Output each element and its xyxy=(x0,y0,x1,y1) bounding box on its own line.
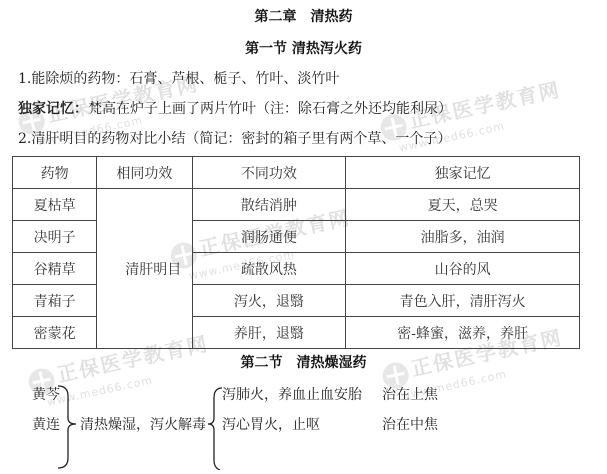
cell-memory: 密-蜂蜜，滋养，养肝 xyxy=(346,317,580,349)
cell-drug: 决明子 xyxy=(13,221,97,253)
header-memory: 独家记忆 xyxy=(346,157,580,189)
cell-drug: 青葙子 xyxy=(13,285,97,317)
cell-memory: 山谷的风 xyxy=(346,253,580,285)
branch-location: 治在上焦 xyxy=(382,384,438,404)
cell-memory: 油脂多，油润 xyxy=(346,221,580,253)
table-header-row: 药物 相同功效 不同功效 独家记忆 xyxy=(13,157,580,189)
memory-text: 梵高在炉子上画了两片竹叶（注：除石膏之外还均能利尿） xyxy=(88,101,452,117)
cell-drug: 谷精草 xyxy=(13,253,97,285)
list-item: 2.清肝明目的药物对比小结（简记：密封的箱子里有两个草、一个子） xyxy=(18,128,451,148)
comparison-table: 药物 相同功效 不同功效 独家记忆 夏枯草 清肝明目 散结消肿 夏天，总哭 决明… xyxy=(12,156,580,349)
header-common-effect: 相同功效 xyxy=(97,157,192,189)
cell-memory: 青色入肝，清肝泻火 xyxy=(346,285,580,317)
table-row: 夏枯草 清肝明目 散结消肿 夏天，总哭 xyxy=(13,189,580,221)
cell-effect: 泻火，退翳 xyxy=(192,285,346,317)
cell-effect: 疏散风热 xyxy=(192,253,346,285)
branch-effect: 泻心胃火，止呕 xyxy=(222,414,320,434)
cell-effect: 散结消肿 xyxy=(192,189,346,221)
cell-drug: 夏枯草 xyxy=(13,189,97,221)
memory-label: 独家记忆： xyxy=(18,101,88,117)
branch-location: 治在中焦 xyxy=(382,414,438,434)
cell-effect: 养肝，退翳 xyxy=(192,317,346,349)
header-drug: 药物 xyxy=(13,157,97,189)
branch-effect: 泻肺火，养血止血安胎 xyxy=(222,384,362,404)
cell-drug: 密蒙花 xyxy=(13,317,97,349)
cell-memory: 夏天，总哭 xyxy=(346,189,580,221)
header-different-effect: 不同功效 xyxy=(192,157,346,189)
chapter-title: 第二章 清热药 xyxy=(0,6,607,26)
memory-note: 独家记忆：梵高在炉子上画了两片竹叶（注：除石膏之外还均能利尿） xyxy=(18,98,452,118)
section-title: 第二节 清热燥湿药 xyxy=(0,352,607,372)
list-item: 1.能除烦的药物：石膏、芦根、栀子、竹叶、淡竹叶 xyxy=(18,68,339,88)
common-effect-label: 清热燥湿，泻火解毒 xyxy=(80,414,206,434)
cell-common-effect: 清肝明目 xyxy=(97,189,192,349)
cell-effect: 润肠通便 xyxy=(192,221,346,253)
section-title: 第一节 清热泻火药 xyxy=(0,38,607,58)
